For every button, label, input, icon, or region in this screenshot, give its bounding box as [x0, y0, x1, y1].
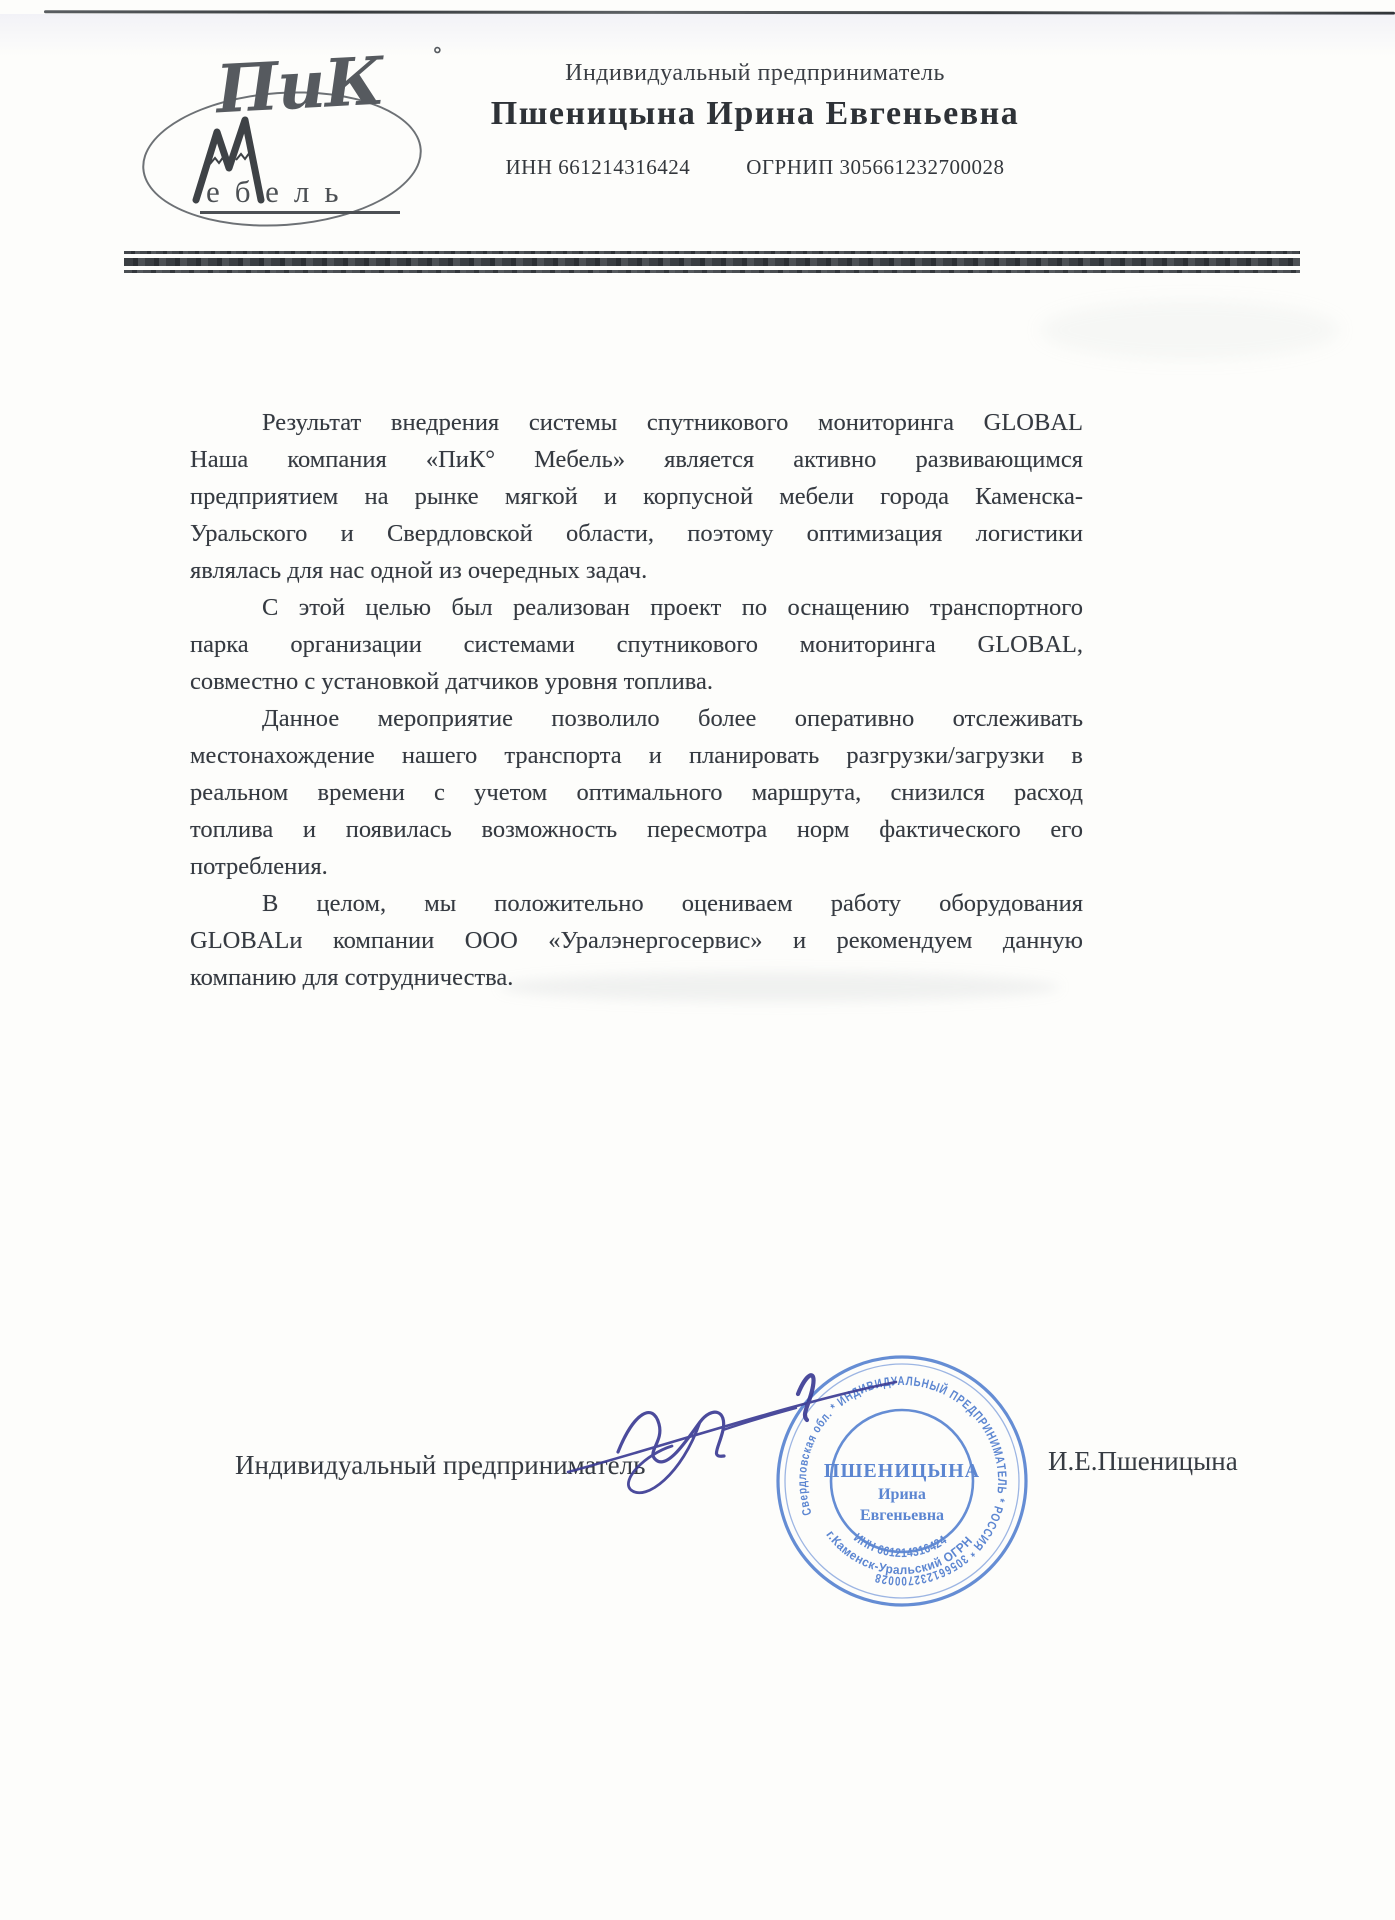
signatory-name: И.Е.Пшеницына	[1048, 1446, 1238, 1477]
body-line: предприятием на рынке мягкой и корпусной…	[190, 478, 1083, 515]
body-line: реальном времени с учетом оптимального м…	[190, 774, 1083, 811]
body-line: Результат внедрения системы спутникового…	[190, 404, 1083, 441]
divider-line	[124, 251, 1300, 254]
logo-furniture-label: ебель	[206, 174, 354, 210]
ogrnip-number: ОГРНИП 305661232700028	[746, 155, 1004, 179]
body-line: Уральского и Свердловской области, поэто…	[190, 515, 1083, 552]
inn-number: ИНН 661214316424	[506, 155, 691, 179]
divider-line	[124, 270, 1300, 273]
entrepreneur-name: Пшеницына Ирина Евгеньевна	[430, 95, 1080, 133]
scan-smudge	[1040, 300, 1340, 360]
scanned-letter-page: ПиК° ебель Индивидуальный предпринимател…	[0, 0, 1395, 1920]
letterhead: Индивидуальный предприниматель Пшеницына…	[430, 60, 1080, 180]
letter-body: Результат внедрения системы спутникового…	[190, 404, 1083, 996]
body-line: компанию для сотрудничества.	[190, 959, 1083, 996]
body-line: топлива и появилась возможность пересмот…	[190, 811, 1083, 848]
body-line: Наша компания «ПиК° Мебель» является акт…	[190, 441, 1083, 478]
body-line: В целом, мы положительно оцениваем работ…	[190, 885, 1083, 922]
body-line: парка организации системами спутникового…	[190, 626, 1083, 663]
body-line: совместно с установкой датчиков уровня т…	[190, 663, 1083, 700]
divider-line	[124, 258, 1300, 266]
registration-ids: ИНН 661214316424ОГРНИП 305661232700028	[430, 155, 1080, 180]
body-line: GLOBALи компании ООО «Уралэнергосервис» …	[190, 922, 1083, 959]
company-logo: ПиК° ебель	[138, 50, 438, 235]
body-line: местонахождение нашего транспорта и план…	[190, 737, 1083, 774]
header-divider	[124, 251, 1300, 273]
body-line: С этой целью был реализован проект по ос…	[190, 589, 1083, 626]
logo-underline	[200, 211, 400, 214]
body-line: потребления.	[190, 848, 1083, 885]
body-line: Данное мероприятие позволило более опера…	[190, 700, 1083, 737]
entrepreneur-type-label: Индивидуальный предприниматель	[430, 60, 1080, 87]
body-line: являлась для нас одной из очередных зада…	[190, 552, 1083, 589]
handwritten-signature	[560, 1352, 905, 1512]
